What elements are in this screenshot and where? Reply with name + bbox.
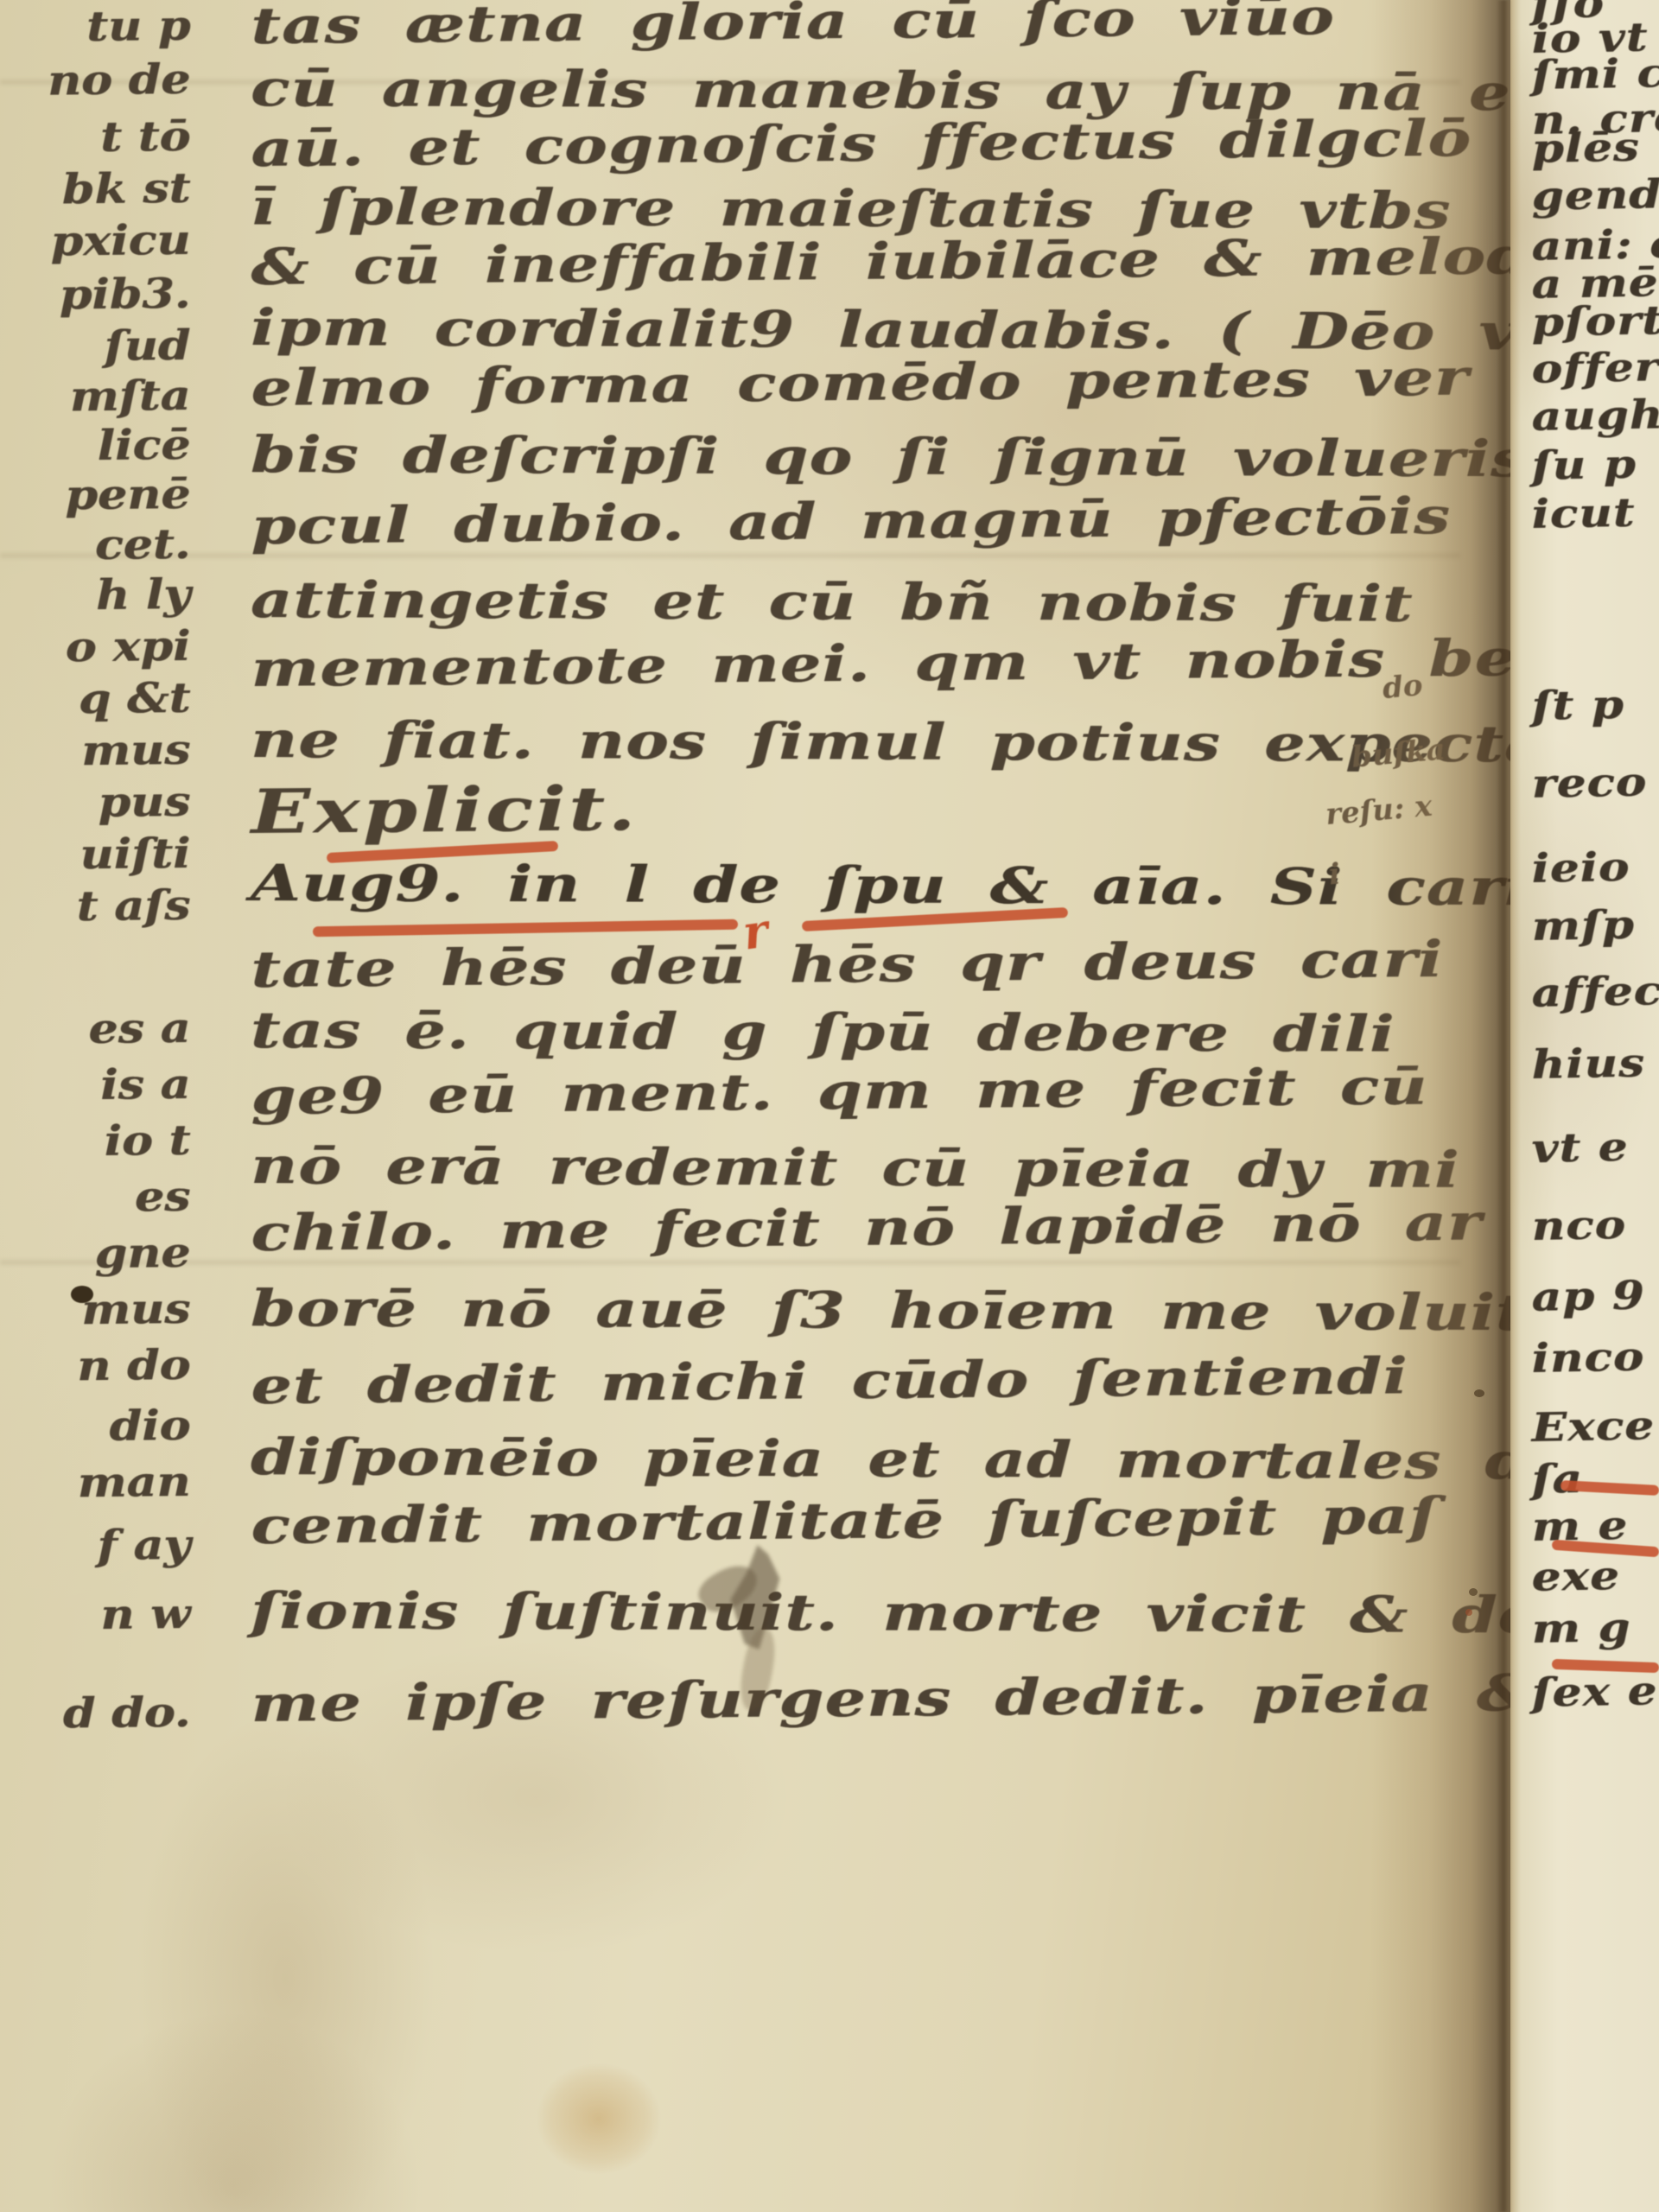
facing-page-fragment: hius 4: [1531, 1039, 1659, 1088]
facing-page-fragment: nco: [1531, 1201, 1626, 1249]
facing-page-fragment: icut: [1531, 489, 1636, 537]
facing-page-fragment: offert: [1531, 343, 1659, 392]
margin-note: do: [1381, 668, 1424, 706]
manuscript-photo: tu pno det tōbk stpxicupib3.ſudmſtalicēp…: [0, 0, 1659, 2212]
ink-speck: [1469, 1588, 1478, 1596]
facing-page-fragment: ſt p: [1531, 681, 1624, 729]
ink-blot: [71, 1286, 93, 1303]
facing-page-fragment: augh: [1531, 391, 1659, 440]
facing-page-fragment: reco: [1531, 759, 1648, 807]
facing-page-fragment: m g: [1531, 1604, 1631, 1652]
ink-speck: [1474, 1389, 1484, 1397]
facing-page-fragment: ieio: [1531, 843, 1630, 892]
facing-page-fragment: mſp: [1531, 901, 1635, 950]
margin-notes: dobuſkareſu: xi: [0, 0, 1510, 2212]
facing-page-fragment: ſu p: [1531, 441, 1637, 489]
facing-page-fragment: ap 9: [1531, 1272, 1645, 1320]
facing-page-fragment: inco: [1531, 1333, 1645, 1382]
facing-page-column: ſſoio vtſmi ctn. creplēsgendani: oa mēpſ…: [1510, 0, 1659, 2212]
facing-page-fragment: plēs: [1531, 124, 1640, 172]
facing-page-fragment: Exce: [1531, 1402, 1655, 1451]
margin-note: i: [1327, 857, 1341, 893]
facing-page-fragment: exe: [1531, 1552, 1620, 1600]
margin-note: reſu: x: [1324, 789, 1433, 833]
facing-page-fragment: pſorti: [1531, 296, 1659, 346]
facing-page-fragment: ſex e: [1531, 1667, 1658, 1716]
red-speck: [1465, 1609, 1472, 1616]
facing-page-fragment: gend: [1531, 170, 1659, 219]
ink-smudge: [698, 1545, 819, 1718]
facing-page-fragment: affec: [1531, 967, 1659, 1016]
facing-page-fragment: ſa: [1531, 1455, 1583, 1503]
facing-page-fragment: ſmi ct: [1531, 49, 1659, 99]
facing-page-fragment: vt e: [1531, 1123, 1629, 1172]
margin-note: buſka: [1350, 732, 1446, 774]
